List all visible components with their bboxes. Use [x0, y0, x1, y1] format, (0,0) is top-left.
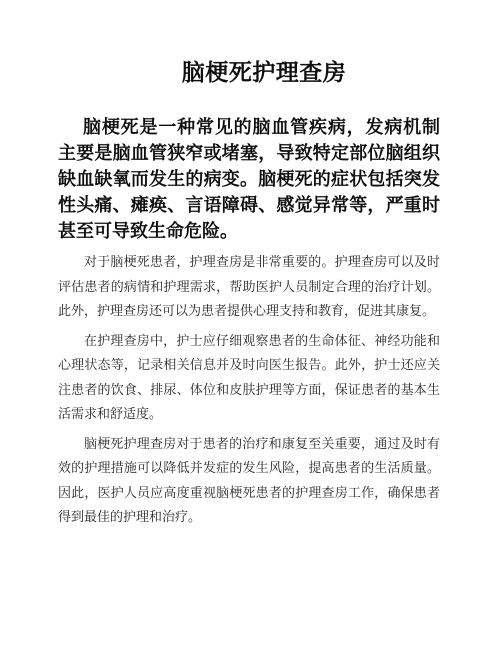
- paragraph-line: 缺血缺氧而发生的病变。脑梗死的症状包括突发: [58, 166, 440, 192]
- paragraph-line: 评估患者的病情和护理需求，帮助医护人员制定合理的治疗计划。: [58, 275, 440, 300]
- paragraph-line: 得到最佳的护理和治疗。: [58, 505, 440, 530]
- document-title: 脑梗死护理查房: [73, 57, 455, 87]
- paragraph-line: 对于脑梗死患者，护理查房是非常重要的。护理查房可以及时: [58, 250, 440, 275]
- document-page: 脑梗死护理查房 脑梗死是一种常见的脑血管疾病，发病机制 主要是脑血管狭窄或堵塞，…: [0, 0, 500, 647]
- document-body: 脑梗死护理查房 脑梗死是一种常见的脑血管疾病，发病机制 主要是脑血管狭窄或堵塞，…: [0, 57, 500, 530]
- paragraph-line: 主要是脑血管狭窄或堵塞，导致特定部位脑组织: [58, 140, 440, 166]
- paragraph-line: 脑梗死是一种常见的脑血管疾病，发病机制: [58, 114, 440, 140]
- paragraph-line: 活需求和舒适度。: [58, 402, 440, 427]
- paragraph-line: 心理状态等，记录相关信息并及时向医生报告。此外，护士还应关: [58, 353, 440, 378]
- body-paragraph-3: 脑梗死护理查房对于患者的治疗和康复至关重要，通过及时有 效的护理措施可以降低并发…: [58, 432, 440, 530]
- paragraph-line: 脑梗死护理查房对于患者的治疗和康复至关重要，通过及时有: [58, 432, 440, 457]
- body-paragraph-1: 对于脑梗死患者，护理查房是非常重要的。护理查房可以及时 评估患者的病情和护理需求…: [58, 250, 440, 324]
- paragraph-line: 性头痛、瘫痪、言语障碍、感觉异常等，严重时: [58, 192, 440, 218]
- paragraph-line: 此外，护理查房还可以为患者提供心理支持和教育，促进其康复。: [58, 299, 440, 324]
- paragraph-line: 在护理查房中，护士应仔细观察患者的生命体征、神经功能和: [58, 329, 440, 354]
- paragraph-line: 注患者的饮食、排尿、体位和皮肤护理等方面，保证患者的基本生: [58, 378, 440, 403]
- paragraph-line: 效的护理措施可以降低并发症的发生风险，提高患者的生活质量。: [58, 456, 440, 481]
- paragraph-line: 甚至可导致生命危险。: [58, 218, 440, 244]
- body-paragraph-2: 在护理查房中，护士应仔细观察患者的生命体征、神经功能和 心理状态等，记录相关信息…: [58, 329, 440, 427]
- intro-paragraph: 脑梗死是一种常见的脑血管疾病，发病机制 主要是脑血管狭窄或堵塞，导致特定部位脑组…: [58, 114, 440, 244]
- paragraph-line: 因此，医护人员应高度重视脑梗死患者的护理查房工作，确保患者: [58, 481, 440, 506]
